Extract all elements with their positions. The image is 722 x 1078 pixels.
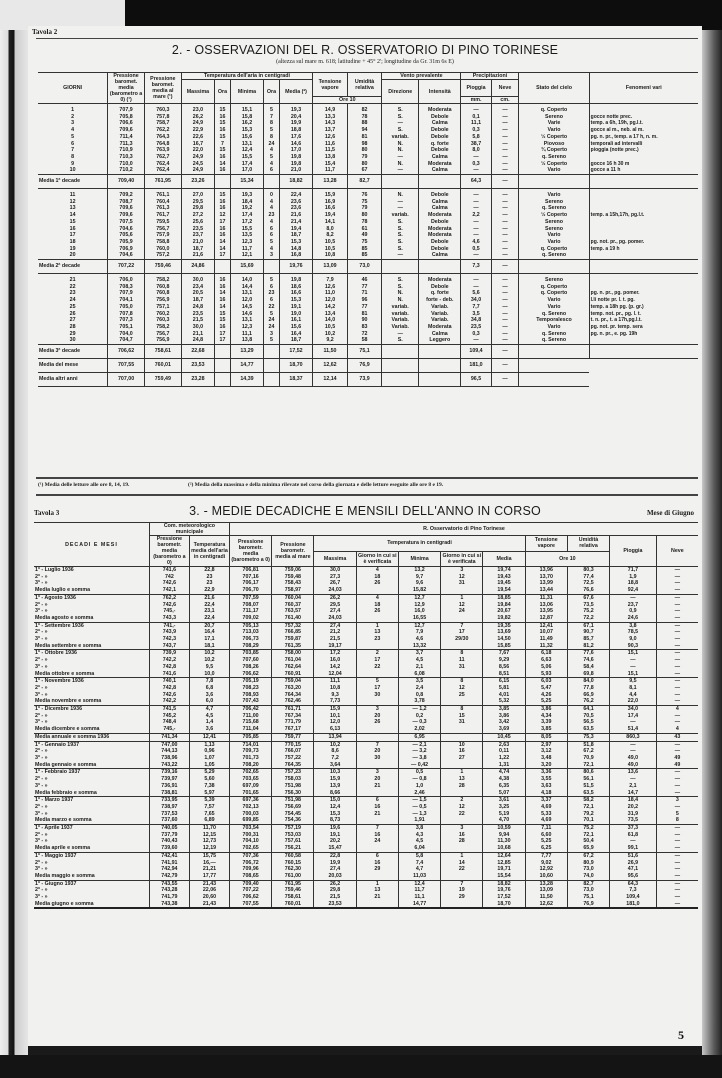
cell: 701,73 <box>230 755 272 762</box>
row-label: 2ª - » <box>34 804 149 811</box>
cell: — <box>491 345 519 359</box>
row-label: Media agosto e somma <box>34 615 149 622</box>
cell: 15,4 <box>313 161 348 168</box>
cell: 15,1 <box>610 650 657 657</box>
cell: 710,9 <box>108 147 145 154</box>
cell: 758,2 <box>144 324 181 331</box>
cell: 710,2 <box>108 167 145 174</box>
cell: 7 <box>264 114 280 121</box>
cell: 741,91 <box>149 860 189 867</box>
cell: 75,2 <box>567 825 609 832</box>
cell: 742,6 <box>149 602 189 609</box>
cell: 5,60 <box>189 776 229 783</box>
cell: 4,26 <box>525 692 567 699</box>
cell: 24 <box>264 317 280 324</box>
row-label: 2ª - » <box>34 685 149 692</box>
cell: 706,62 <box>230 894 272 901</box>
cell: 714,01 <box>230 741 272 748</box>
cell: 19,76 <box>279 260 312 274</box>
cell: 16,6 <box>313 205 348 212</box>
cell: Moderata <box>419 324 461 331</box>
cell: 741,79 <box>149 894 189 901</box>
cell: Varie <box>519 120 589 127</box>
cell: 12,3 <box>230 324 263 331</box>
cell: 762,30 <box>272 866 314 873</box>
table-row: 7710,9763,922,01512,4417,011,580N.Debole… <box>38 147 698 154</box>
cell: N. <box>382 161 419 168</box>
cell: 20,60 <box>189 894 229 901</box>
cell: 702,65 <box>230 769 272 776</box>
header-massima: Massima <box>181 80 214 104</box>
cell: — <box>382 167 419 174</box>
cell: 26,2 <box>314 880 356 887</box>
cell: 14,6 <box>230 311 263 318</box>
cell: 10,60 <box>525 873 567 880</box>
table-row: 10710,2762,424,91617,0621,011,767—Calma—… <box>38 167 698 174</box>
cell: — <box>656 748 698 755</box>
cell: — <box>461 205 491 212</box>
row-label: 3ª - » <box>34 755 149 762</box>
cell: 17 <box>215 331 231 338</box>
cell: 760,58 <box>272 852 314 859</box>
cell: — <box>491 189 519 199</box>
cell: — <box>461 252 491 259</box>
row-label: 1ª - Aprile 1937 <box>34 825 149 832</box>
cell: 29 <box>38 331 108 338</box>
cell: 760,0 <box>144 246 181 253</box>
cell: 4,74 <box>483 769 525 776</box>
cell: 6,8 <box>189 685 229 692</box>
cell: — <box>491 147 519 154</box>
cell: 0,8 <box>398 692 440 699</box>
cell: 12,0 <box>314 719 356 726</box>
table-row: 2ª - »745,24,5711,00767,3410,1200,2153,8… <box>34 713 698 720</box>
cell: Media 1ª decade <box>38 175 108 189</box>
cell: 6,03 <box>525 678 567 685</box>
cell: — <box>382 252 419 259</box>
cell: 709,40 <box>230 880 272 887</box>
cell: — <box>656 832 698 839</box>
cell: Vario <box>519 167 589 174</box>
header-press-mare: Pressione baromet. media al mare (¹) <box>144 73 181 104</box>
cell: 80 <box>347 147 382 154</box>
cell: 706,0 <box>108 274 145 284</box>
cell: — <box>491 331 519 338</box>
row-label: 2ª - » <box>34 602 149 609</box>
cell: 707,5 <box>108 219 145 226</box>
cell: 85 <box>347 252 382 259</box>
cell: Variab. <box>419 304 461 311</box>
cell: — <box>656 845 698 852</box>
cell: 2,46 <box>398 790 440 797</box>
cell: gocce a 11 h <box>589 167 698 174</box>
cell <box>519 373 589 387</box>
cell <box>356 726 398 733</box>
cell: 18,7 <box>279 232 312 239</box>
cell: 51,8 <box>567 741 609 748</box>
cell: 8,1 <box>610 685 657 692</box>
row-label: 1ª - Dicembre 1936 <box>34 706 149 713</box>
row-label: 1ª - Ottobre 1936 <box>34 650 149 657</box>
row-label: Media ottobre e somma <box>34 671 149 678</box>
cell: 109,4 <box>461 345 491 359</box>
cell: 16,7 <box>181 141 214 148</box>
cell: 707,59 <box>230 594 272 601</box>
cell: — <box>491 167 519 174</box>
cell: 26 <box>356 719 398 726</box>
cell: 742,6 <box>149 580 189 587</box>
table-row: 28705,1758,230,01612,32415,610,583Variab… <box>38 324 698 331</box>
cell: 20,2 <box>610 804 657 811</box>
cell: 80 <box>347 161 382 168</box>
row-label: 3ª - » <box>34 894 149 901</box>
cell: 12,92 <box>525 866 567 873</box>
cell: — <box>382 205 419 212</box>
cell: 4 <box>656 726 698 733</box>
cell: — <box>610 741 657 748</box>
cell: 22 <box>356 664 398 671</box>
cell: 10 <box>441 741 483 748</box>
cell: 0,3 <box>461 331 491 338</box>
cell: 12 <box>441 602 483 609</box>
cell: 697,09 <box>230 783 272 790</box>
cell: 13 <box>356 629 398 636</box>
cell <box>519 260 589 274</box>
cell: 708,3 <box>108 284 145 291</box>
header-ora-min: Ora <box>264 80 280 104</box>
cell: 11,7 <box>313 167 348 174</box>
cell: 16,55 <box>398 615 440 622</box>
cell: 3,12 <box>525 748 567 755</box>
cell: 3,8 <box>398 825 440 832</box>
cell: 11,1 <box>314 678 356 685</box>
cell: 700,03 <box>230 811 272 818</box>
cell: 85,7 <box>567 636 609 643</box>
cell: Sereno <box>519 219 589 226</box>
cell: 23,53 <box>314 901 356 909</box>
cell: 742,2 <box>149 698 189 705</box>
cell: 6 <box>264 226 280 233</box>
cell: 19 <box>38 246 108 253</box>
cell: — <box>656 685 698 692</box>
cell: 14 <box>215 239 231 246</box>
cell: 745,- <box>149 726 189 733</box>
cell: 13,06 <box>525 602 567 609</box>
cell: Calma <box>419 167 461 174</box>
cell: 706,42 <box>230 706 272 713</box>
cell: 3 <box>441 825 483 832</box>
cell: 14,0 <box>313 317 348 324</box>
cell: — <box>491 232 519 239</box>
cell: 16,2 <box>230 120 263 127</box>
cell: 706,17 <box>230 580 272 587</box>
cell: N. <box>382 189 419 199</box>
cell: 9,94 <box>483 832 525 839</box>
cell <box>215 373 231 387</box>
cell: 14,7 <box>610 790 657 797</box>
cell: 66,9 <box>567 692 609 699</box>
cell: 6 <box>264 284 280 291</box>
cell: 761,40 <box>272 615 314 622</box>
cell: 77 <box>347 284 382 291</box>
cell: 708,29 <box>230 643 272 650</box>
cell: 64,3 <box>461 175 491 189</box>
cell: 742,6 <box>149 692 189 699</box>
cell <box>519 359 589 373</box>
table-row: 3ª - »742,9421,21709,96762,3027,4294,722… <box>34 866 698 873</box>
cell: pg. not. pr. temp. sera <box>589 324 698 331</box>
cell: — <box>382 120 419 127</box>
cell: 3,7 <box>398 650 440 657</box>
cell: 16 <box>356 832 398 839</box>
cell: 23,5 <box>181 311 214 318</box>
cell: 22,4 <box>279 189 312 199</box>
cell: 23,6 <box>279 205 312 212</box>
cell: 706,62 <box>230 671 272 678</box>
cell: 5,39 <box>189 797 229 804</box>
cell: 767,17 <box>272 726 314 733</box>
cell: 704,10 <box>230 838 272 845</box>
cell <box>441 698 483 705</box>
cell: Calma <box>419 120 461 127</box>
cell: 16,1 <box>279 317 312 324</box>
row-label: 3ª - » <box>34 692 149 699</box>
cell: — <box>656 804 698 811</box>
cell: 4,6 <box>398 636 440 643</box>
cell: 15,1 <box>230 104 263 114</box>
row-label: 2ª - » <box>34 629 149 636</box>
cell: N. <box>382 290 419 297</box>
cell: 707,00 <box>108 373 145 387</box>
cell: 28 <box>441 783 483 790</box>
cell: t. n. pr., t. a 17h,pg.l.t. <box>589 317 698 324</box>
cell: Debole <box>419 127 461 134</box>
cell: 51,4 <box>610 726 657 733</box>
cell: 20 <box>356 776 398 783</box>
cell: 14,3 <box>313 120 348 127</box>
cell: 17,77 <box>189 873 229 880</box>
table-row: 24704,1756,918,71612,0615,312,096N.forte… <box>38 297 698 304</box>
cell: Vario <box>519 324 589 331</box>
header-pioggia: Pioggia <box>461 80 491 97</box>
cell: 14 <box>215 290 231 297</box>
cell: 21,43 <box>189 880 229 887</box>
cell: 3,69 <box>483 726 525 733</box>
cell: 14,2 <box>314 664 356 671</box>
cell: 98 <box>347 141 382 148</box>
cell: 758,00 <box>272 650 314 657</box>
table-row: 23707,9760,820,51413,12316,611,071N.q. f… <box>38 290 698 297</box>
cell: 11,49 <box>525 636 567 643</box>
cell: 0,2 <box>398 713 440 720</box>
cell: 4 <box>264 205 280 212</box>
cell: 34,8 <box>461 317 491 324</box>
cell: 22,8 <box>189 567 229 574</box>
cell: 761,7 <box>144 212 181 219</box>
cell: — <box>461 199 491 206</box>
cell: 12,73 <box>189 838 229 845</box>
decade-summary-row: Media 3ª decade706,62758,6122,6813,2917,… <box>38 345 698 359</box>
cell: 4,69 <box>525 817 567 824</box>
cell: 13,09 <box>525 887 567 894</box>
cell: 79 <box>347 154 382 161</box>
cell: 27,4 <box>314 866 356 873</box>
cell: 19,0 <box>279 311 312 318</box>
cell <box>441 587 483 594</box>
month-summary-row: Media giugno e somma743,3821,43707,55760… <box>34 901 698 909</box>
row-label: 2ª - » <box>34 713 149 720</box>
cell: 733,95 <box>149 797 189 804</box>
cell: 15,5 <box>230 226 263 233</box>
cell: 16,6 <box>279 290 312 297</box>
cell: 18,70 <box>483 901 525 909</box>
cell: 741,5 <box>149 706 189 713</box>
cell: 3,63 <box>525 783 567 790</box>
cell: 707,60 <box>230 657 272 664</box>
cell: 763,20 <box>272 685 314 692</box>
cell: Variab. <box>382 324 419 331</box>
divider <box>36 38 698 39</box>
cell: 2,63 <box>483 741 525 748</box>
cell: 58 <box>347 337 382 344</box>
cell: 758,97 <box>272 587 314 594</box>
cell: 739,97 <box>149 776 189 783</box>
cell: 9,5 <box>610 678 657 685</box>
cell: 17,2 <box>230 219 263 226</box>
cell: 3,42 <box>483 719 525 726</box>
cell <box>441 762 483 769</box>
cell: 10,45 <box>483 733 525 741</box>
cell: 16,0 <box>314 657 356 664</box>
cell: 4,5 <box>398 657 440 664</box>
cell: — <box>656 887 698 894</box>
cell: — <box>461 337 491 344</box>
row-label: 2ª - » <box>34 574 149 581</box>
cell: 7,57 <box>189 804 229 811</box>
cell: 2,02 <box>398 726 440 733</box>
cell: q. Coperto <box>519 246 589 253</box>
cell: — <box>610 838 657 845</box>
cell: 8 <box>264 120 280 127</box>
cell: 67,1 <box>567 622 609 629</box>
cell: 13,94 <box>314 733 356 741</box>
cell: 4 <box>356 594 398 601</box>
cell: 13,4 <box>313 311 348 318</box>
cell: 762,7 <box>144 154 181 161</box>
cell: 90 <box>347 317 382 324</box>
cell: 81,2 <box>567 643 609 650</box>
cell: — <box>610 657 657 664</box>
cell: 759,87 <box>272 636 314 643</box>
table-row: 2705,8757,826,21615,8720,413,378S.Debole… <box>38 114 698 121</box>
cell: 743,7 <box>149 643 189 650</box>
cell: — <box>491 239 519 246</box>
cell: 16 <box>215 199 231 206</box>
cell: 14 <box>215 161 231 168</box>
cell: 9,6 <box>398 580 440 587</box>
cell <box>264 373 280 387</box>
cell: 18,6 <box>279 284 312 291</box>
cell: 16 <box>215 232 231 239</box>
cell: 17 <box>356 657 398 664</box>
cell: 14,9 <box>313 104 348 114</box>
cell: — <box>656 901 698 909</box>
table-row: 14709,6761,727,21217,42321,619,480variab… <box>38 212 698 219</box>
cell: 706,9 <box>108 246 145 253</box>
cell: 17 <box>441 629 483 636</box>
cell: 5 <box>264 104 280 114</box>
cell: 30 <box>38 337 108 344</box>
cell: — <box>491 359 519 373</box>
cell: 72,1 <box>567 804 609 811</box>
cell: 5 <box>38 134 108 141</box>
cell <box>264 345 280 359</box>
cell: 760,8 <box>144 290 181 297</box>
cell: 20,5 <box>181 290 214 297</box>
cell: Vario <box>519 304 589 311</box>
cell: 19,43 <box>483 574 525 581</box>
cell: 64,3 <box>610 880 657 887</box>
cell: — 3,8 <box>398 755 440 762</box>
table-row: 1ª - Maggio 1937742,4115,75707,36760,582… <box>34 852 698 859</box>
cell: 757,22 <box>272 755 314 762</box>
header-temp-group: Temperatura in centigradi <box>314 536 525 552</box>
cell: 739,16 <box>149 769 189 776</box>
cell: 11,32 <box>525 643 567 650</box>
cell: 6,13 <box>314 726 356 733</box>
cell: 90,3 <box>610 643 657 650</box>
cell: Vario <box>519 127 589 134</box>
cell: Media 3ª decade <box>38 345 108 359</box>
cell: 740,43 <box>149 838 189 845</box>
cell: 16 <box>215 274 231 284</box>
cell: 27,0 <box>181 189 214 199</box>
cell: 10 <box>38 167 108 174</box>
cell: 47,1 <box>610 866 657 873</box>
cell: 13,09 <box>313 260 348 274</box>
cell: 58,4 <box>567 664 609 671</box>
cell: Debole <box>419 284 461 291</box>
cell: 7,73 <box>314 698 356 705</box>
cell: 15,1 <box>610 671 657 678</box>
cell: 16 <box>215 114 231 121</box>
cell: 10,0 <box>189 671 229 678</box>
cell: 16 <box>215 297 231 304</box>
table-row: 3ª - »742,63,6708,93764,349,3300,8254,01… <box>34 692 698 699</box>
cell: 4,5 <box>398 838 440 845</box>
cell: 17,4 <box>230 212 263 219</box>
cell: — <box>656 602 698 609</box>
cell: 4 <box>38 127 108 134</box>
table-row: 1ª - Agosto 1936762,221,6707,59760,0426,… <box>34 594 698 601</box>
cell: 15 <box>441 713 483 720</box>
cell <box>356 698 398 705</box>
cell <box>356 845 398 852</box>
cell: 17,4 <box>610 713 657 720</box>
cell: — <box>491 274 519 284</box>
cell: 19,82 <box>483 615 525 622</box>
cell: 29,8 <box>314 887 356 894</box>
cell: 13,29 <box>230 345 263 359</box>
cell: — <box>491 290 519 297</box>
cell: gocce notte prec. <box>589 114 698 121</box>
cell: 15,6 <box>230 134 263 141</box>
cell: S. <box>382 219 419 226</box>
cell: — <box>491 337 519 344</box>
cell: 21,0 <box>181 239 214 246</box>
cell: 742 <box>149 574 189 581</box>
cell: 707,22 <box>230 887 272 894</box>
